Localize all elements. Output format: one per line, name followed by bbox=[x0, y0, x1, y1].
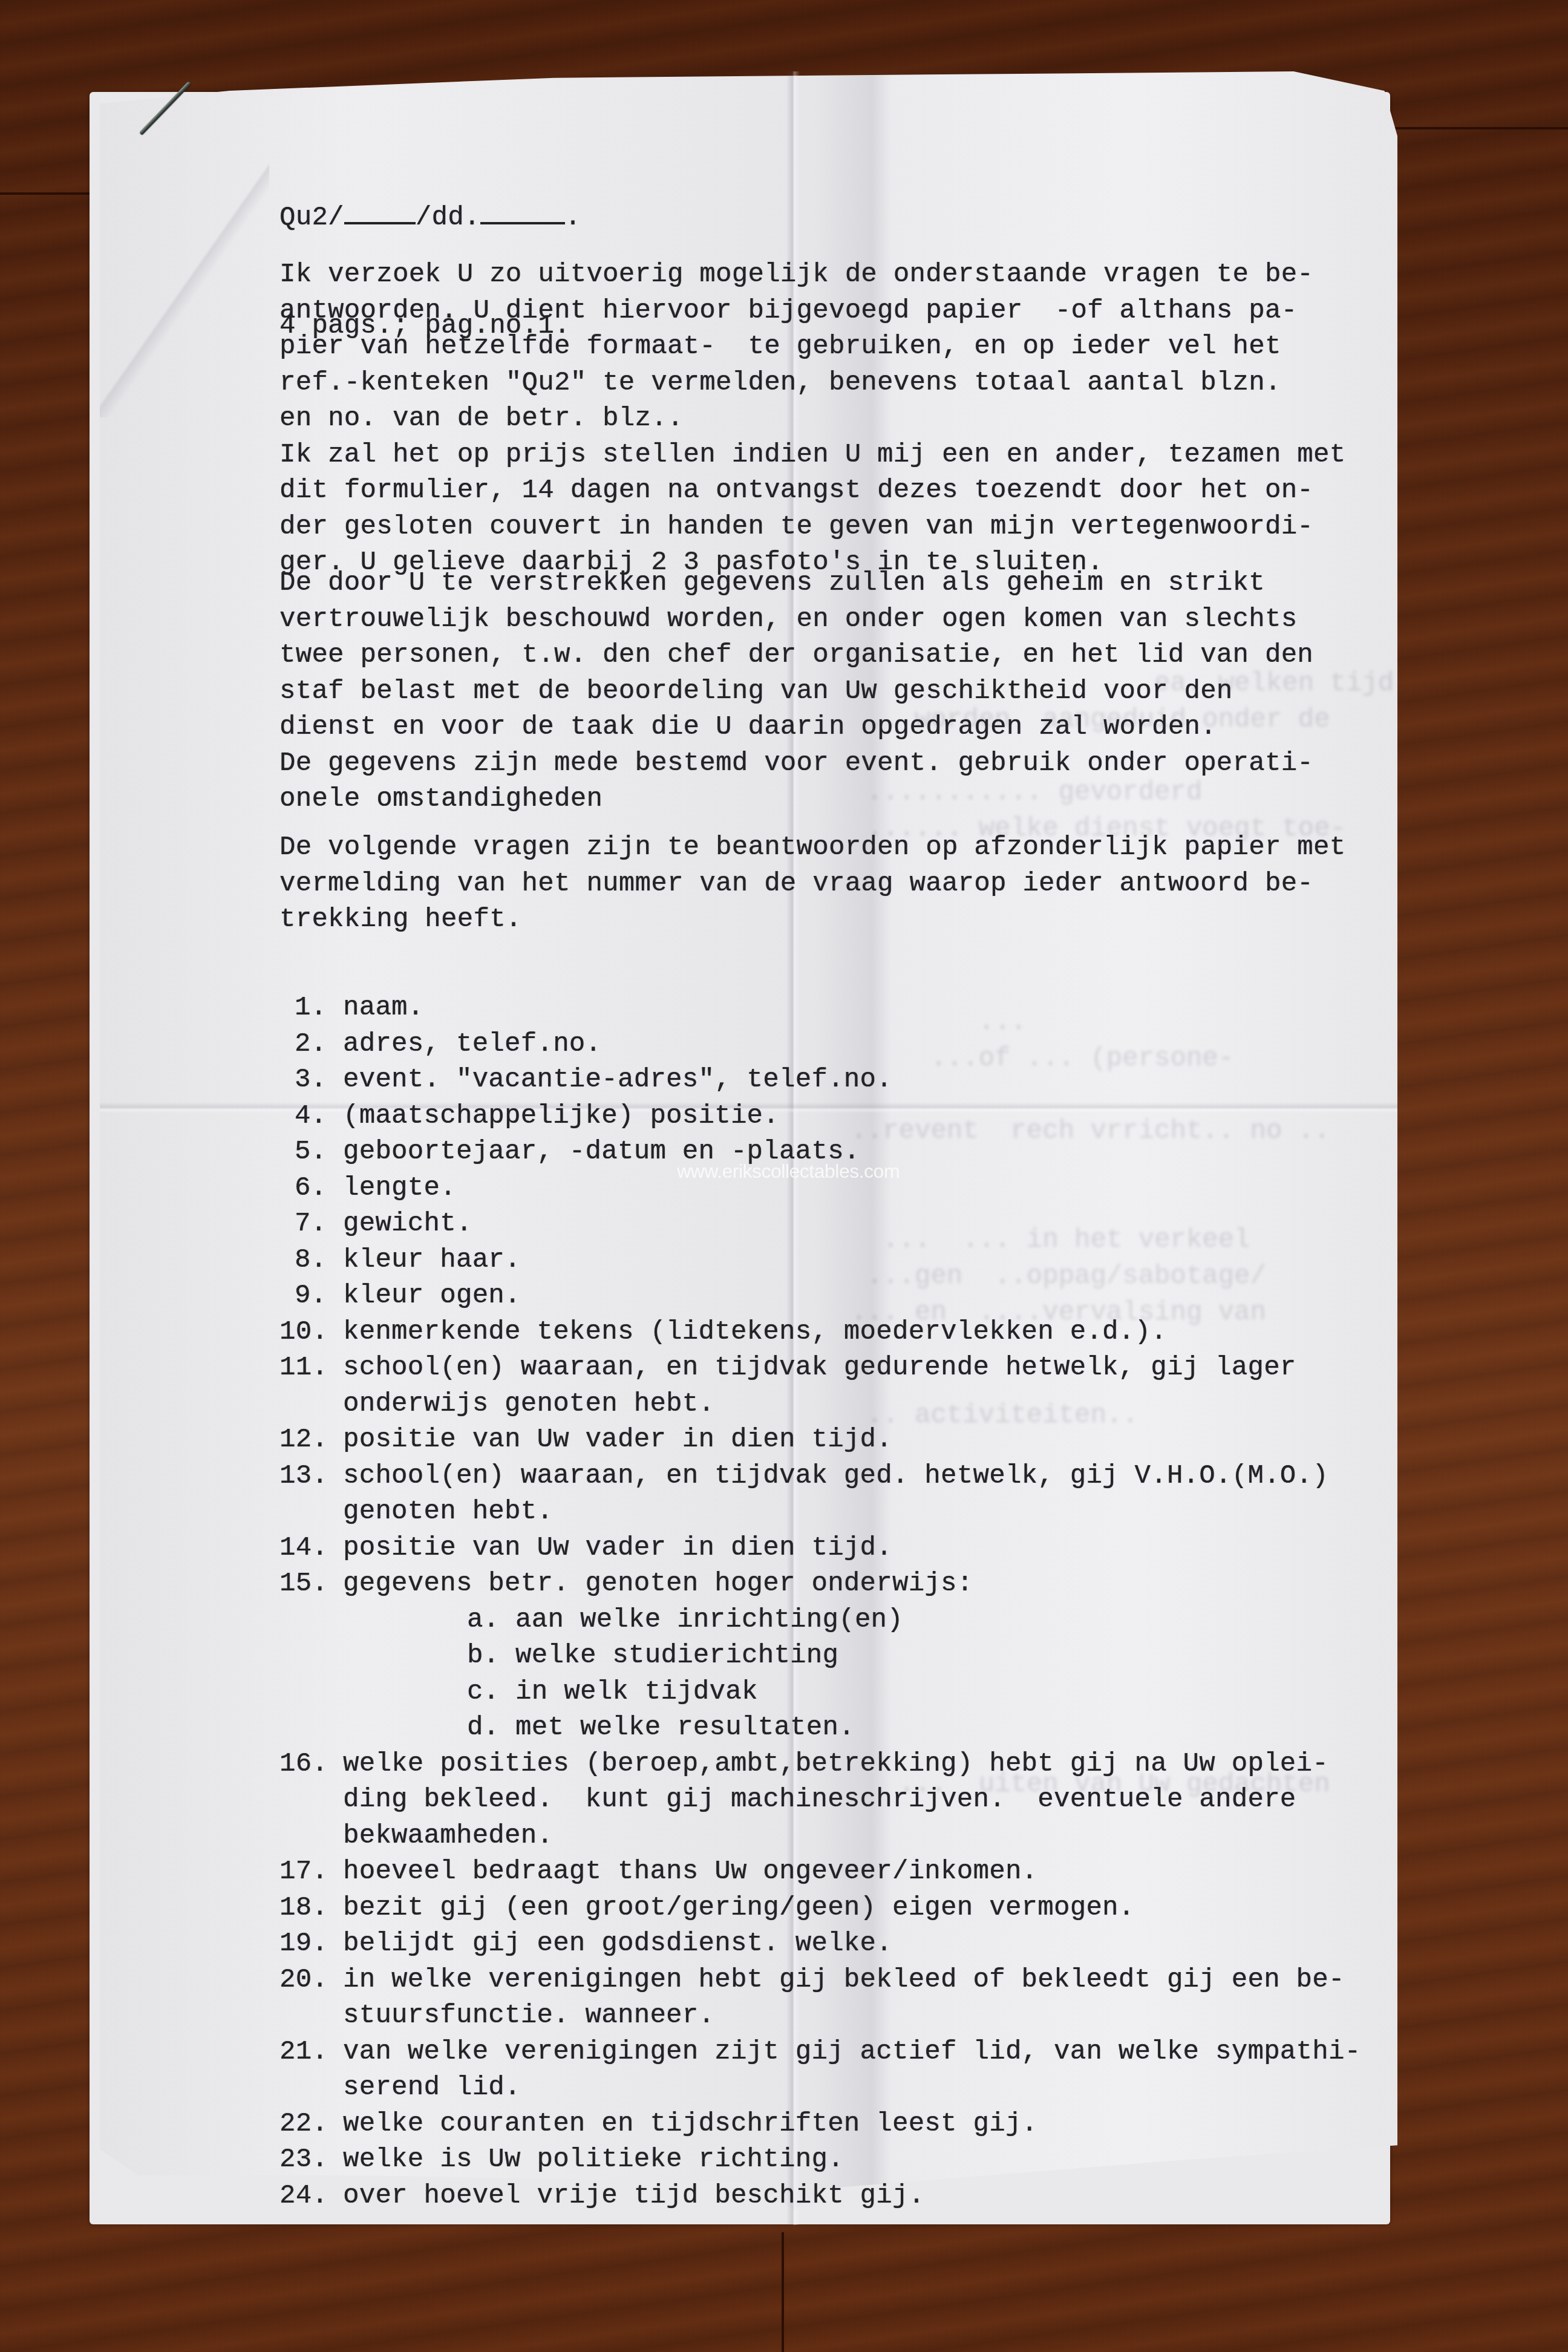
question-number: 16. bbox=[279, 1746, 343, 1783]
question-line: 7. gewicht. bbox=[279, 1206, 1361, 1243]
question-item: 3. event. "vacantie-adres", telef.no. bbox=[279, 1062, 1361, 1099]
text-line: der gesloten couvert in handen te geven … bbox=[279, 509, 1345, 546]
question-number: 6. bbox=[279, 1171, 343, 1207]
question-text: naam. bbox=[343, 993, 424, 1023]
text-line: onele omstandigheden bbox=[279, 782, 1313, 818]
question-number: 17. bbox=[279, 1854, 343, 1890]
question-item: 16. welke posities (beroep,ambt,betrekki… bbox=[279, 1746, 1361, 1855]
text-line: antwoorden. U dient hiervoor bijgevoegd … bbox=[279, 293, 1345, 330]
question-line: 15. gegevens betr. genoten hoger onderwi… bbox=[279, 1566, 1361, 1602]
question-number: 15. bbox=[279, 1566, 343, 1602]
question-item: 14. positie van Uw vader in dien tijd. bbox=[279, 1530, 1361, 1567]
question-number: 5. bbox=[279, 1134, 343, 1171]
question-number: 10. bbox=[279, 1315, 343, 1351]
question-line: 14. positie van Uw vader in dien tijd. bbox=[279, 1530, 1361, 1567]
question-item: 15. gegevens betr. genoten hoger onderwi… bbox=[279, 1566, 1361, 1746]
question-text: gegevens betr. genoten hoger onderwijs: bbox=[343, 1569, 973, 1599]
question-item: 8. kleur haar. bbox=[279, 1243, 1361, 1279]
question-number: 12. bbox=[279, 1422, 343, 1459]
question-item: 1. naam. bbox=[279, 990, 1361, 1027]
question-text: positie van Uw vader in dien tijd. bbox=[343, 1533, 892, 1563]
question-line: 2. adres, telef.no. bbox=[279, 1027, 1361, 1063]
question-text: school(en) waaraan, en tijdvak ged. hetw… bbox=[343, 1461, 1328, 1491]
question-number: 2. bbox=[279, 1027, 343, 1063]
question-text: kleur haar. bbox=[343, 1245, 521, 1275]
question-line: 19. belijdt gij een godsdienst. welke. bbox=[279, 1926, 1361, 1962]
question-text: adres, telef.no. bbox=[343, 1029, 601, 1059]
question-item: 12. positie van Uw vader in dien tijd. bbox=[279, 1422, 1361, 1459]
reference-number-blank bbox=[344, 201, 416, 224]
sub-question: a. aan welke inrichting(en) bbox=[279, 1602, 1361, 1639]
text-line: en no. van de betr. blz.. bbox=[279, 401, 1345, 437]
text-line: pier van hetzelfde formaat- te gebruiken… bbox=[279, 329, 1345, 365]
question-line: 16. welke posities (beroep,ambt,betrekki… bbox=[279, 1746, 1361, 1783]
question-line: 12. positie van Uw vader in dien tijd. bbox=[279, 1422, 1361, 1459]
question-item: 7. gewicht. bbox=[279, 1206, 1361, 1243]
question-number: 9. bbox=[279, 1278, 343, 1315]
text-line: De door U te verstrekken gegevens zullen… bbox=[279, 566, 1313, 602]
question-item: 21. van welke verenigingen zijt gij acti… bbox=[279, 2034, 1361, 2106]
question-continuation: bekwaamheden. bbox=[279, 1818, 1361, 1855]
question-text: positie van Uw vader in dien tijd. bbox=[343, 1425, 892, 1455]
text-line: ref.-kenteken "Qu2" te vermelden, beneve… bbox=[279, 365, 1345, 402]
question-continuation: serend lid. bbox=[279, 2070, 1361, 2106]
text-line: Ik zal het op prijs stellen indien U mij… bbox=[279, 437, 1345, 474]
question-item: 13. school(en) waaraan, en tijdvak ged. … bbox=[279, 1459, 1361, 1530]
question-text: welke couranten en tijdschriften leest g… bbox=[343, 2109, 1037, 2139]
wood-plank-seam bbox=[1376, 127, 1568, 129]
sub-question: c. in welk tijdvak bbox=[279, 1674, 1361, 1711]
text-line: De volgende vragen zijn te beantwoorden … bbox=[279, 830, 1345, 866]
question-text: belijdt gij een godsdienst. welke. bbox=[343, 1929, 892, 1959]
question-item: 10. kenmerkende tekens (lidtekens, moede… bbox=[279, 1315, 1361, 1351]
question-number: 3. bbox=[279, 1062, 343, 1099]
text-line: Ik verzoek U zo uitvoerig mogelijk de on… bbox=[279, 257, 1345, 293]
question-text: lengte. bbox=[343, 1173, 456, 1203]
question-text: gewicht. bbox=[343, 1209, 472, 1239]
date-blank bbox=[480, 201, 565, 224]
wood-plank-seam bbox=[0, 192, 91, 195]
question-line: 22. welke couranten en tijdschriften lee… bbox=[279, 2106, 1361, 2143]
question-item: 20. in welke verenigingen hebt gij bekle… bbox=[279, 1962, 1361, 2034]
question-item: 24. over hoevel vrije tijd beschikt gij. bbox=[279, 2178, 1361, 2215]
question-item: 18. bezit gij (een groot/gering/geen) ei… bbox=[279, 1890, 1361, 1927]
text-line: dit formulier, 14 dagen na ontvangst dez… bbox=[279, 473, 1345, 509]
instructions-paragraph: De volgende vragen zijn te beantwoorden … bbox=[279, 830, 1345, 938]
text-line: De gegevens zijn mede bestemd voor event… bbox=[279, 746, 1313, 782]
confidentiality-paragraph: De door U te verstrekken gegevens zullen… bbox=[279, 566, 1313, 818]
wood-plank-seam-vertical bbox=[782, 2232, 784, 2352]
question-text: kenmerkende tekens (lidtekens, moedervle… bbox=[343, 1317, 1167, 1347]
question-line: 13. school(en) waaraan, en tijdvak ged. … bbox=[279, 1459, 1361, 1495]
question-item: 17. hoeveel bedraagt thans Uw ongeveer/i… bbox=[279, 1854, 1361, 1890]
question-item: 2. adres, telef.no. bbox=[279, 1027, 1361, 1063]
question-number: 7. bbox=[279, 1206, 343, 1243]
question-number: 22. bbox=[279, 2106, 343, 2143]
sub-question: d. met welke resultaten. bbox=[279, 1710, 1361, 1746]
question-number: 8. bbox=[279, 1243, 343, 1279]
question-item: 23. welke is Uw politieke richting. bbox=[279, 2142, 1361, 2178]
question-text: event. "vacantie-adres", telef.no. bbox=[343, 1065, 892, 1095]
question-text: school(en) waaraan, en tijdvak gedurende… bbox=[343, 1353, 1296, 1383]
question-line: 4. (maatschappelijke) positie. bbox=[279, 1099, 1361, 1135]
watermark: www.erikscollectables.com bbox=[640, 1160, 936, 1183]
reference-line: Qu2//dd.. bbox=[279, 200, 581, 237]
question-continuation: ding bekleed. kunt gij machineschrijven.… bbox=[279, 1782, 1361, 1818]
folded-corner bbox=[100, 91, 269, 417]
question-number: 20. bbox=[279, 1962, 343, 1999]
question-number: 11. bbox=[279, 1350, 343, 1387]
question-number: 14. bbox=[279, 1530, 343, 1567]
question-number: 19. bbox=[279, 1926, 343, 1962]
question-line: 8. kleur haar. bbox=[279, 1243, 1361, 1279]
intro-paragraph: Ik verzoek U zo uitvoerig mogelijk de on… bbox=[279, 257, 1345, 581]
question-number: 13. bbox=[279, 1459, 343, 1495]
question-item: 22. welke couranten en tijdschriften lee… bbox=[279, 2106, 1361, 2143]
question-text: over hoevel vrije tijd beschikt gij. bbox=[343, 2181, 924, 2211]
question-line: 24. over hoevel vrije tijd beschikt gij. bbox=[279, 2178, 1361, 2215]
question-text: in welke verenigingen hebt gij bekleed o… bbox=[343, 1965, 1345, 1995]
question-text: welke is Uw politieke richting. bbox=[343, 2145, 844, 2175]
question-continuation: onderwijs genoten hebt. bbox=[279, 1387, 1361, 1423]
question-item: 19. belijdt gij een godsdienst. welke. bbox=[279, 1926, 1361, 1962]
question-line: 21. van welke verenigingen zijt gij acti… bbox=[279, 2034, 1361, 2071]
question-line: 23. welke is Uw politieke richting. bbox=[279, 2142, 1361, 2178]
question-item: 4. (maatschappelijke) positie. bbox=[279, 1099, 1361, 1135]
question-item: 9. kleur ogen. bbox=[279, 1278, 1361, 1315]
question-number: 4. bbox=[279, 1099, 343, 1135]
text-line: dienst en voor de taak die U daarin opge… bbox=[279, 710, 1313, 746]
sub-question: b. welke studierichting bbox=[279, 1638, 1361, 1674]
question-continuation: genoten hebt. bbox=[279, 1494, 1361, 1530]
text-line: trekking heeft. bbox=[279, 902, 1345, 938]
question-text: (maatschappelijke) positie. bbox=[343, 1101, 779, 1131]
question-line: 10. kenmerkende tekens (lidtekens, moede… bbox=[279, 1315, 1361, 1351]
question-line: 17. hoeveel bedraagt thans Uw ongeveer/i… bbox=[279, 1854, 1361, 1890]
question-line: 20. in welke verenigingen hebt gij bekle… bbox=[279, 1962, 1361, 1999]
question-text: bezit gij (een groot/gering/geen) eigen … bbox=[343, 1893, 1135, 1923]
question-number: 1. bbox=[279, 990, 343, 1027]
question-text: kleur ogen. bbox=[343, 1281, 521, 1311]
question-number: 18. bbox=[279, 1890, 343, 1927]
question-text: hoeveel bedraagt thans Uw ongeveer/inkom… bbox=[343, 1857, 1037, 1887]
question-number: 24. bbox=[279, 2178, 343, 2215]
question-text: van welke verenigingen zijt gij actief l… bbox=[343, 2037, 1361, 2067]
text-line: staf belast met de beoordeling van Uw ge… bbox=[279, 674, 1313, 710]
question-line: 3. event. "vacantie-adres", telef.no. bbox=[279, 1062, 1361, 1099]
question-item: 11. school(en) waaraan, en tijdvak gedur… bbox=[279, 1350, 1361, 1422]
text-line: vermelding van het nummer van de vraag w… bbox=[279, 866, 1345, 903]
question-number: 23. bbox=[279, 2142, 343, 2178]
question-continuation: stuursfunctie. wanneer. bbox=[279, 1998, 1361, 2034]
question-line: 11. school(en) waaraan, en tijdvak gedur… bbox=[279, 1350, 1361, 1387]
question-line: 1. naam. bbox=[279, 990, 1361, 1027]
question-line: 9. kleur ogen. bbox=[279, 1278, 1361, 1315]
text-line: twee personen, t.w. den chef der organis… bbox=[279, 638, 1313, 674]
question-line: 18. bezit gij (een groot/gering/geen) ei… bbox=[279, 1890, 1361, 1927]
question-text: welke posities (beroep,ambt,betrekking) … bbox=[343, 1749, 1328, 1779]
question-number: 21. bbox=[279, 2034, 343, 2071]
text-line: vertrouwelijk beschouwd worden, en onder… bbox=[279, 602, 1313, 638]
